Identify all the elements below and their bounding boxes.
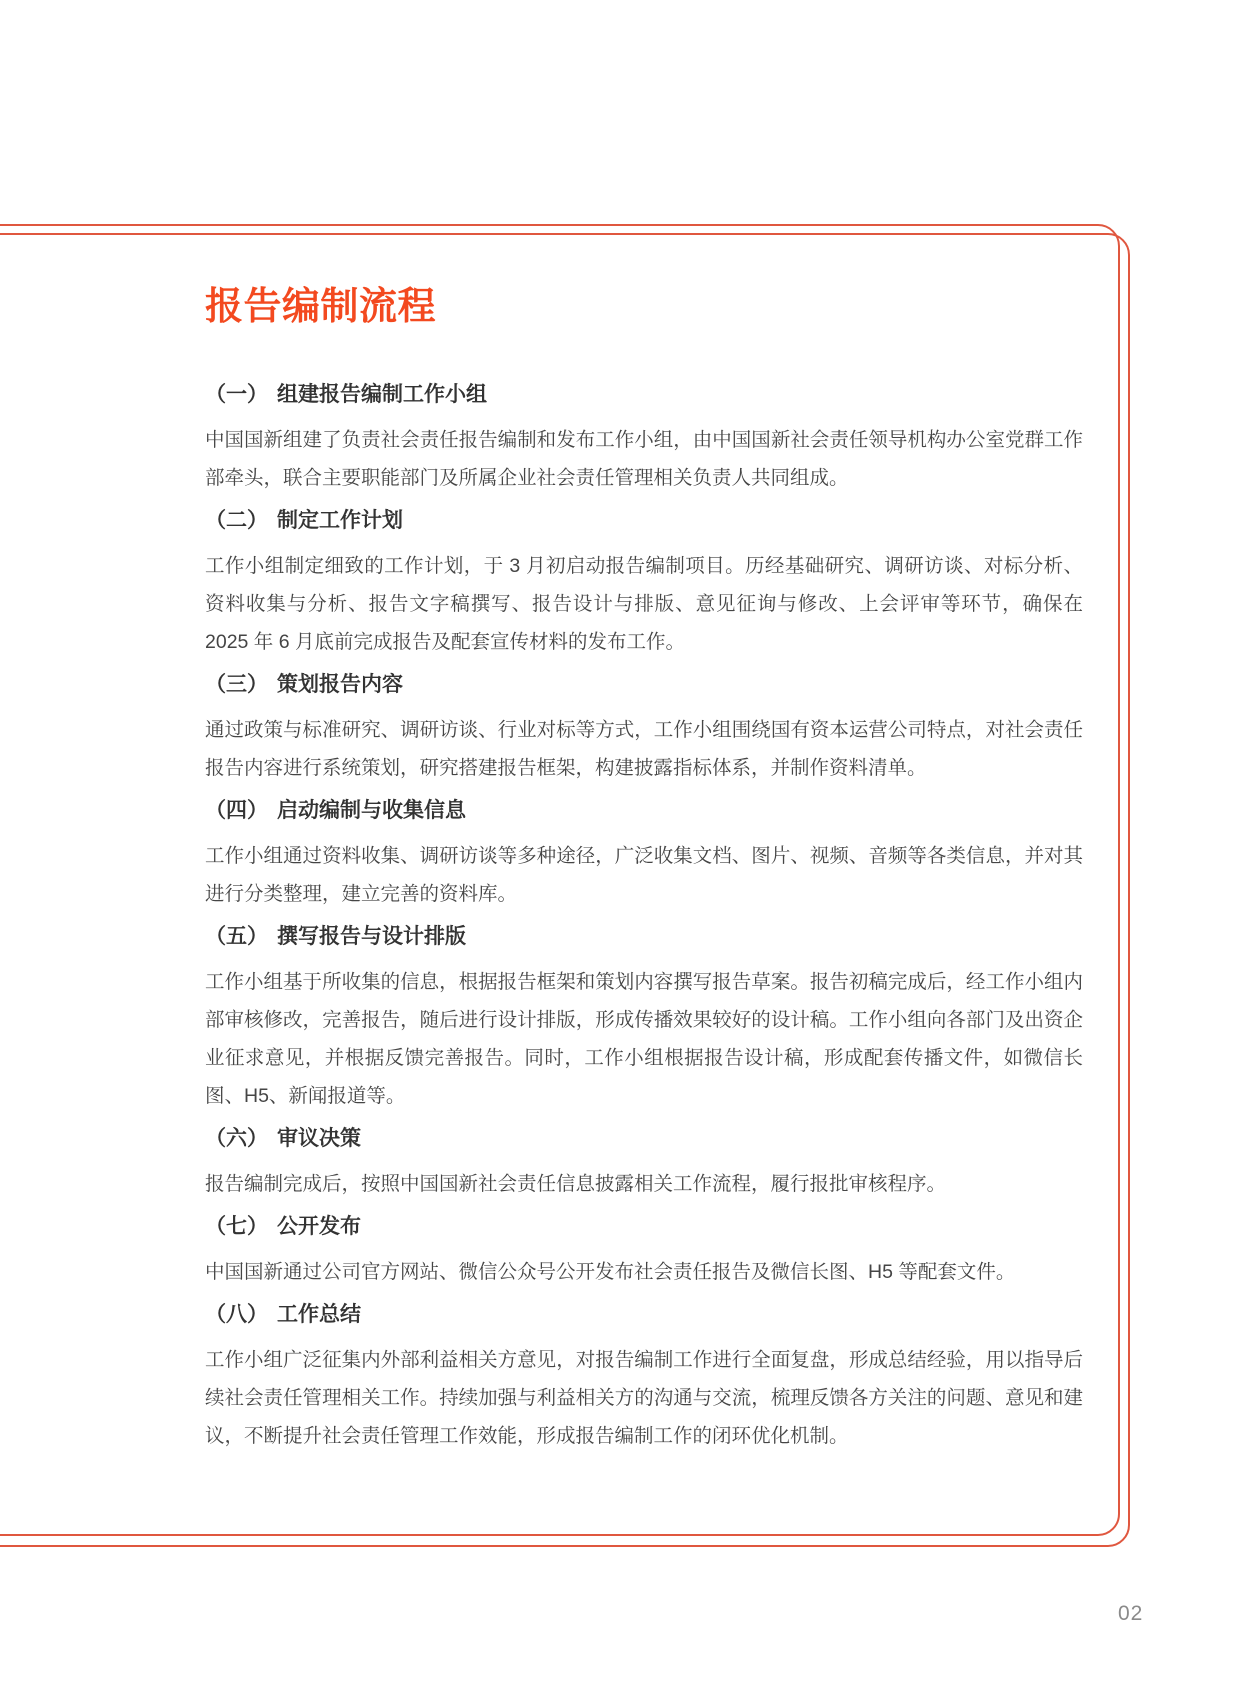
section-index: （三）: [205, 671, 268, 699]
section-3: （三） 策划报告内容 通过政策与标准研究、调研访谈、行业对标等方式，工作小组围绕…: [205, 671, 1083, 787]
page-number: 02: [1118, 1602, 1143, 1626]
section-body: 通过政策与标准研究、调研访谈、行业对标等方式，工作小组围绕国有资本运营公司特点，…: [205, 711, 1083, 787]
section-heading: （二） 制定工作计划: [205, 507, 1083, 535]
section-body: 中国国新组建了负责社会责任报告编制和发布工作小组，由中国国新社会责任领导机构办公…: [205, 421, 1083, 497]
section-heading-text: 工作总结: [277, 1301, 361, 1329]
section-heading: （六） 审议决策: [205, 1125, 1083, 1153]
section-index: （一）: [205, 381, 268, 409]
section-body: 报告编制完成后，按照中国国新社会责任信息披露相关工作流程，履行报批审核程序。: [205, 1165, 1083, 1203]
section-index: （四）: [205, 797, 268, 825]
section-7: （七） 公开发布 中国国新通过公司官方网站、微信公众号公开发布社会责任报告及微信…: [205, 1213, 1083, 1291]
section-5: （五） 撰写报告与设计排版 工作小组基于所收集的信息，根据报告框架和策划内容撰写…: [205, 923, 1083, 1115]
section-heading-text: 启动编制与收集信息: [277, 797, 466, 825]
section-index: （二）: [205, 507, 268, 535]
section-8: （八） 工作总结 工作小组广泛征集内外部利益相关方意见，对报告编制工作进行全面复…: [205, 1301, 1083, 1455]
section-body: 工作小组基于所收集的信息，根据报告框架和策划内容撰写报告草案。报告初稿完成后，经…: [205, 963, 1083, 1115]
section-heading: （五） 撰写报告与设计排版: [205, 923, 1083, 951]
section-heading: （三） 策划报告内容: [205, 671, 1083, 699]
section-heading-text: 策划报告内容: [277, 671, 403, 699]
section-4: （四） 启动编制与收集信息 工作小组通过资料收集、调研访谈等多种途径，广泛收集文…: [205, 797, 1083, 913]
section-heading-text: 组建报告编制工作小组: [277, 381, 487, 409]
section-heading: （四） 启动编制与收集信息: [205, 797, 1083, 825]
section-heading-text: 公开发布: [277, 1213, 361, 1241]
section-1: （一） 组建报告编制工作小组 中国国新组建了负责社会责任报告编制和发布工作小组，…: [205, 381, 1083, 497]
section-body: 工作小组制定细致的工作计划，于 3 月初启动报告编制项目。历经基础研究、调研访谈…: [205, 547, 1083, 661]
section-body: 工作小组通过资料收集、调研访谈等多种途径，广泛收集文档、图片、视频、音频等各类信…: [205, 837, 1083, 913]
page-content: 报告编制流程 （一） 组建报告编制工作小组 中国国新组建了负责社会责任报告编制和…: [205, 283, 1083, 1465]
section-index: （七）: [205, 1213, 268, 1241]
page-title: 报告编制流程: [205, 283, 1083, 331]
section-heading: （七） 公开发布: [205, 1213, 1083, 1241]
section-heading: （八） 工作总结: [205, 1301, 1083, 1329]
section-heading-text: 制定工作计划: [277, 507, 403, 535]
section-body: 中国国新通过公司官方网站、微信公众号公开发布社会责任报告及微信长图、H5 等配套…: [205, 1253, 1083, 1291]
section-body: 工作小组广泛征集内外部利益相关方意见，对报告编制工作进行全面复盘，形成总结经验，…: [205, 1341, 1083, 1455]
section-2: （二） 制定工作计划 工作小组制定细致的工作计划，于 3 月初启动报告编制项目。…: [205, 507, 1083, 661]
section-index: （八）: [205, 1301, 268, 1329]
section-heading-text: 审议决策: [277, 1125, 361, 1153]
section-index: （六）: [205, 1125, 268, 1153]
section-index: （五）: [205, 923, 268, 951]
section-heading-text: 撰写报告与设计排版: [277, 923, 466, 951]
section-6: （六） 审议决策 报告编制完成后，按照中国国新社会责任信息披露相关工作流程，履行…: [205, 1125, 1083, 1203]
section-heading: （一） 组建报告编制工作小组: [205, 381, 1083, 409]
